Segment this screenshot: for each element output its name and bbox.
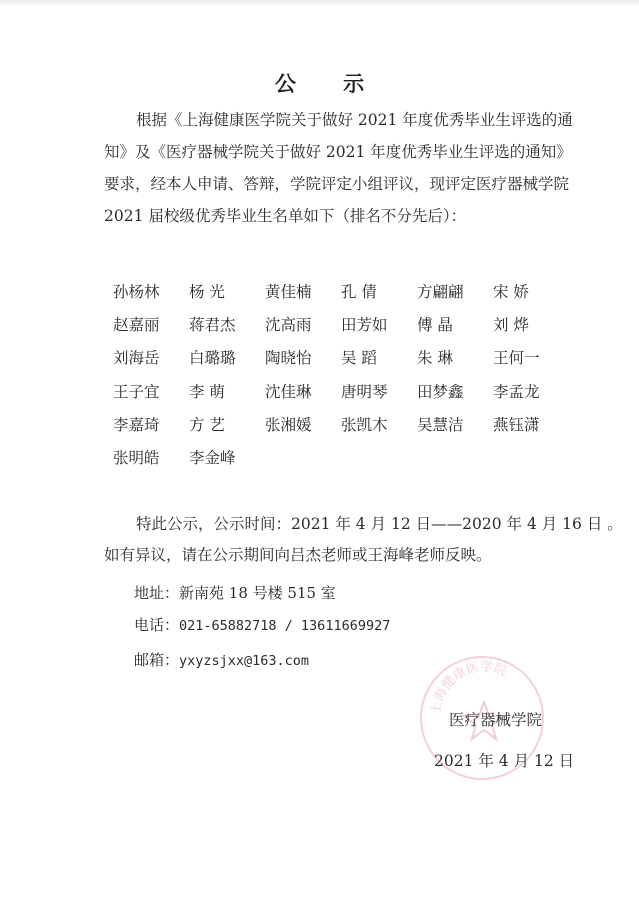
- name-item: 沈高雨: [265, 313, 341, 346]
- contact-email: 邮箱：yxyzsjxx@163.com: [134, 650, 309, 671]
- name-item: 白璐璐: [189, 346, 265, 379]
- name-item: 吴慧洁: [417, 413, 493, 446]
- name-item: 杨 光: [189, 280, 265, 313]
- address-value: 新南苑 18 号楼 515 室: [179, 584, 336, 602]
- notice-objection-paragraph: 如有异议，请在公示期间向吕杰老师或王海峰老师反映。: [104, 539, 552, 571]
- name-item: 刘海岳: [113, 346, 189, 379]
- name-item: 张明皓: [113, 446, 189, 479]
- name-item: 李嘉琦: [113, 413, 189, 446]
- name-item: 田芳如: [341, 313, 417, 346]
- intro-line-1: 根据《上海健康医学院关于做好 2021 年度优秀毕业生评选的通: [104, 104, 552, 136]
- name-item: 方翩翩: [417, 280, 493, 313]
- name-item: 陶晓怡: [265, 346, 341, 379]
- name-item: 傅 晶: [417, 313, 493, 346]
- notice-period: 特此公示，公示时间：2021 年 4 月 12 日——2020 年 4 月 16…: [104, 508, 552, 540]
- name-item: 蒋君杰: [189, 313, 265, 346]
- name-item: 孙杨林: [113, 280, 189, 313]
- email-value: yxyzsjxx@163.com: [179, 653, 309, 669]
- scan-edge-shadow: [0, 0, 639, 6]
- intro-line-2: 知》及《医疗器械学院关于做好 2021 年度优秀毕业生评选的通知》: [104, 136, 552, 168]
- contact-phone: 电话：021-65882718 / 13611669927: [134, 615, 390, 636]
- name-item: 张凯木: [341, 413, 417, 446]
- name-item: 赵嘉丽: [113, 313, 189, 346]
- name-item: 朱 琳: [417, 346, 493, 379]
- name-item: 燕钰潇: [493, 413, 569, 446]
- name-item: 沈佳琳: [265, 380, 341, 413]
- name-item: 张湘媛: [265, 413, 341, 446]
- awardee-name-list: 孙杨林 杨 光 黄佳楠 孔 倩 方翩翩 宋 娇 赵嘉丽 蒋君杰 沈高雨 田芳如 …: [113, 280, 573, 479]
- name-item: 李 萌: [189, 380, 265, 413]
- name-item: 李孟龙: [493, 380, 569, 413]
- contact-address: 地址：新南苑 18 号楼 515 室: [134, 583, 336, 603]
- name-item: 宋 娇: [493, 280, 569, 313]
- signature-date: 2021 年 4 月 12 日: [434, 749, 574, 771]
- name-item: 唐明琴: [341, 380, 417, 413]
- name-item: 王何一: [493, 346, 569, 379]
- intro-paragraph: 根据《上海健康医学院关于做好 2021 年度优秀毕业生评选的通 知》及《医疗器械…: [104, 104, 552, 232]
- document-title: 公 示: [0, 68, 639, 98]
- intro-line-4: 2021 届校级优秀毕业生名单如下（排名不分先后）：: [104, 200, 552, 232]
- notice-objection: 如有异议，请在公示期间向吕杰老师或王海峰老师反映。: [104, 539, 552, 571]
- address-label: 地址：: [134, 584, 179, 602]
- name-item: 王子宜: [113, 380, 189, 413]
- name-item: 黄佳楠: [265, 280, 341, 313]
- name-item: 李金峰: [189, 446, 265, 479]
- email-label: 邮箱：: [134, 651, 179, 669]
- notice-period-paragraph: 特此公示，公示时间：2021 年 4 月 12 日——2020 年 4 月 16…: [104, 508, 552, 540]
- phone-label: 电话：: [134, 616, 179, 634]
- phone-value: 021-65882718 / 13611669927: [179, 618, 390, 634]
- name-item: 方 艺: [189, 413, 265, 446]
- name-item: 田梦鑫: [417, 380, 493, 413]
- intro-line-3: 要求，经本人申请、答辩，学院评定小组评议，现评定医疗器械学院: [104, 168, 552, 200]
- name-item: 孔 倩: [341, 280, 417, 313]
- name-item: 吴 蹈: [341, 346, 417, 379]
- name-item: 刘 烨: [493, 313, 569, 346]
- signature-organization: 医疗器械学院: [449, 708, 542, 730]
